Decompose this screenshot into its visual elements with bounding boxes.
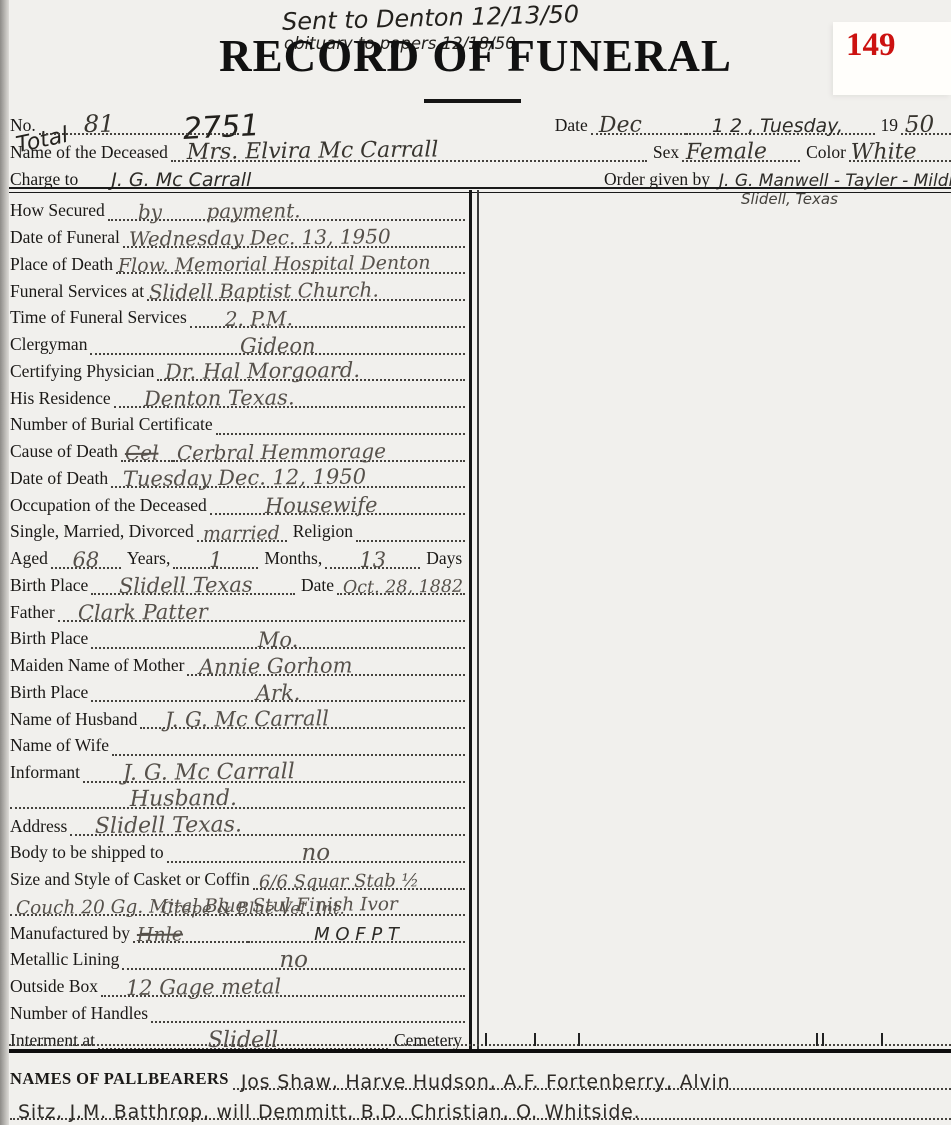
field-label: Funeral Services at [10, 282, 147, 301]
field-line: no [122, 941, 465, 970]
field-line: Clark Patter [58, 593, 465, 622]
funeral-record-page: Sent to Denton 12/13/50 obituary to pape… [0, 0, 951, 1125]
form-row: Number of Handles [10, 997, 465, 1024]
field-line: 81 [39, 106, 239, 135]
form-row: Cause of DeathCelCerbral Hemmorage [10, 435, 465, 462]
form-row: How Securedby payment. [10, 194, 465, 221]
page-title: RECORD OF FUNERAL [0, 30, 951, 82]
header-rows: No.81DateDec1 2 , Tuesday,1950Name of th… [10, 108, 951, 189]
field-line: no [167, 834, 465, 863]
field-line: Cerbral Hemmorage [173, 433, 465, 462]
field-line: J. G. Mc Carrall [81, 160, 598, 189]
field-label: His Residence [10, 389, 114, 408]
field-line: Housewife [210, 486, 465, 515]
field-line: White [849, 133, 951, 162]
field-label: Sex [647, 143, 682, 162]
field-line: J. G. Manwell - Tayler - Mildred ReedSli… [713, 160, 951, 189]
form-row: Manufactured byHnleCrepe & Blue Vel. Int… [10, 916, 465, 943]
pallbearers-section: NAMES OF PALLBEARERS Jos Shaw, Harve Hud… [10, 1058, 951, 1120]
field-label: Date of Death [10, 469, 111, 488]
ledger-tick [534, 1033, 536, 1046]
page-number: 149 [833, 22, 951, 64]
field-line: by payment. [108, 192, 465, 221]
form-row: Name of the DeceasedMrs. Elvira Mc Carra… [10, 135, 951, 162]
ledger-tick [816, 1033, 818, 1046]
field-line: Mrs. Elvira Mc Carrall [171, 133, 647, 162]
field-line: Husband. [10, 781, 465, 810]
form-row: Husband. [10, 783, 465, 810]
ledger-tick [485, 1033, 487, 1046]
field-line [151, 995, 465, 1024]
form-left-column: How Securedby payment.Date of FuneralWed… [10, 194, 465, 1050]
field-line [112, 727, 465, 756]
form-row: Birth PlaceArk. [10, 676, 465, 703]
form-row: Name of Wife [10, 729, 465, 756]
field-line: J. G. Mc Carrall [83, 754, 465, 783]
field-line [216, 406, 465, 435]
pallbearers-names-2: Sitz, J.M. Batthrop, will Demmitt, B.D. … [18, 1101, 641, 1123]
field-line: married [197, 513, 287, 542]
field-line: Tuesday Dec. 12, 1950 [111, 460, 465, 489]
form-row: Birth PlaceSlidell TexasDateOct. 28, 188… [10, 569, 465, 596]
form-row: Occupation of the DeceasedHousewife [10, 488, 465, 515]
field-line: 1 [173, 540, 258, 569]
form-row: No.81DateDec1 2 , Tuesday,1950 [10, 108, 951, 135]
field-label: Clergyman [10, 335, 90, 354]
bottom-solid-rule [9, 1049, 951, 1053]
field-line: 68 [51, 540, 121, 569]
field-label: Place of Death [10, 255, 116, 274]
field-line: Cel [121, 433, 173, 462]
form-row: InformantJ. G. Mc Carrall [10, 756, 465, 783]
form-row: Name of HusbandJ. G. Mc Carrall [10, 702, 465, 729]
field-label: Aged [10, 549, 51, 568]
spacer [239, 108, 549, 135]
field-label: How Secured [10, 201, 108, 220]
field-line: 1 2 , Tuesday, [686, 106, 875, 135]
form-row: Single, Married, DivorcedmarriedReligion [10, 515, 465, 542]
field-label: Interment at [10, 1031, 98, 1050]
form-row: Maiden Name of MotherAnnie Gorhom [10, 649, 465, 676]
field-line: Slidell Texas [91, 567, 295, 596]
field-label: Birth Place [10, 683, 91, 702]
pallbearers-row-1: NAMES OF PALLBEARERS Jos Shaw, Harve Hud… [10, 1058, 951, 1090]
field-label: Body to be shipped to [10, 843, 167, 862]
field-line: Ark. [91, 674, 465, 703]
field-line: 2. P.M. [190, 299, 465, 328]
field-line: 12 Gage metal [101, 968, 465, 997]
field-line: Annie Gorhom [187, 647, 465, 676]
field-label: Manufactured by [10, 924, 133, 943]
field-label: Occupation of the Deceased [10, 496, 210, 515]
field-label: Cemetery [388, 1031, 465, 1050]
field-line: HnleCrepe & Blue Vel. Int. [133, 914, 248, 943]
form-row: His ResidenceDenton Texas. [10, 381, 465, 408]
pallbearers-line-1: Jos Shaw, Harve Hudson, A.F. Fortenberry… [233, 1056, 951, 1090]
pallbearers-label: NAMES OF PALLBEARERS [10, 1069, 233, 1090]
field-line: Wednesday Dec. 13, 1950 [123, 219, 465, 248]
field-label: No. [10, 116, 39, 135]
field-line: Mo. [91, 620, 465, 649]
page-number-box: 149 [833, 22, 951, 95]
field-line: 13 [325, 540, 420, 569]
form-row: Size and Style of Casket or Coffin6/6 Sq… [10, 863, 465, 890]
column-divider-thick [469, 190, 472, 1052]
field-line: 6/6 Squar Stab ½ [253, 861, 465, 890]
form-row: Funeral Services atSlidell Baptist Churc… [10, 274, 465, 301]
ledger-tick [881, 1033, 883, 1046]
pallbearers-row-2: Sitz, J.M. Batthrop, will Demmitt, B.D. … [10, 1090, 951, 1120]
field-line: Denton Texas. [114, 379, 465, 408]
form-row: FatherClark Patter [10, 595, 465, 622]
form-row: Time of Funeral Services2. P.M. [10, 301, 465, 328]
form-row: ClergymanGideon [10, 328, 465, 355]
form-row: Metallic Liningno [10, 943, 465, 970]
form-row: Date of FuneralWednesday Dec. 13, 1950 [10, 221, 465, 248]
bottom-dotted-rule [9, 1044, 951, 1046]
field-line: Female [682, 133, 800, 162]
scan-edge-shadow [0, 0, 9, 1125]
form-row: AddressSlidell Texas. [10, 809, 465, 836]
field-line: Slidell Texas. [70, 807, 465, 836]
field-line: Oct. 28, 1882 [337, 567, 465, 596]
form-row: Outside Box12 Gage metal [10, 970, 465, 997]
field-value: 81 [83, 110, 114, 138]
form-row: Charge toJ. G. Mc CarrallOrder given byJ… [10, 162, 951, 189]
form-row: Birth PlaceMo. [10, 622, 465, 649]
form-row: Date of DeathTuesday Dec. 12, 1950 [10, 462, 465, 489]
field-line: Dr. Hal Morgoard. [157, 353, 465, 382]
field-line: J. G. Mc Carrall [140, 700, 465, 729]
field-label: Address [10, 817, 70, 836]
field-line: 50 [901, 106, 951, 135]
ledger-tick [578, 1033, 580, 1046]
field-line: M O F P T [248, 914, 465, 943]
field-line: Gideon [90, 326, 465, 355]
form-row: Place of DeathFlow. Memorial Hospital De… [10, 248, 465, 275]
field-label: Father [10, 603, 58, 622]
field-line [356, 513, 465, 542]
field-label: Birth Place [10, 629, 91, 648]
title-rule [424, 99, 521, 103]
ledger-tick [822, 1033, 824, 1046]
form-row: Number of Burial Certificate [10, 408, 465, 435]
field-line: Slidell Baptist Church. [147, 272, 465, 301]
field-line: Dec [591, 106, 686, 135]
form-row: Aged68Years,1Months,13Days [10, 542, 465, 569]
column-divider-thin [477, 190, 479, 1052]
field-line: Flow. Memorial Hospital Denton [116, 246, 465, 275]
field-label: Cause of Death [10, 442, 121, 461]
field-label: Outside Box [10, 977, 101, 996]
form-row: Certifying PhysicianDr. Hal Morgoard. [10, 355, 465, 382]
form-row: Body to be shipped tono [10, 836, 465, 863]
pallbearers-line-2: Sitz, J.M. Batthrop, will Demmitt, B.D. … [10, 1088, 951, 1120]
field-label: Date of Funeral [10, 228, 123, 247]
